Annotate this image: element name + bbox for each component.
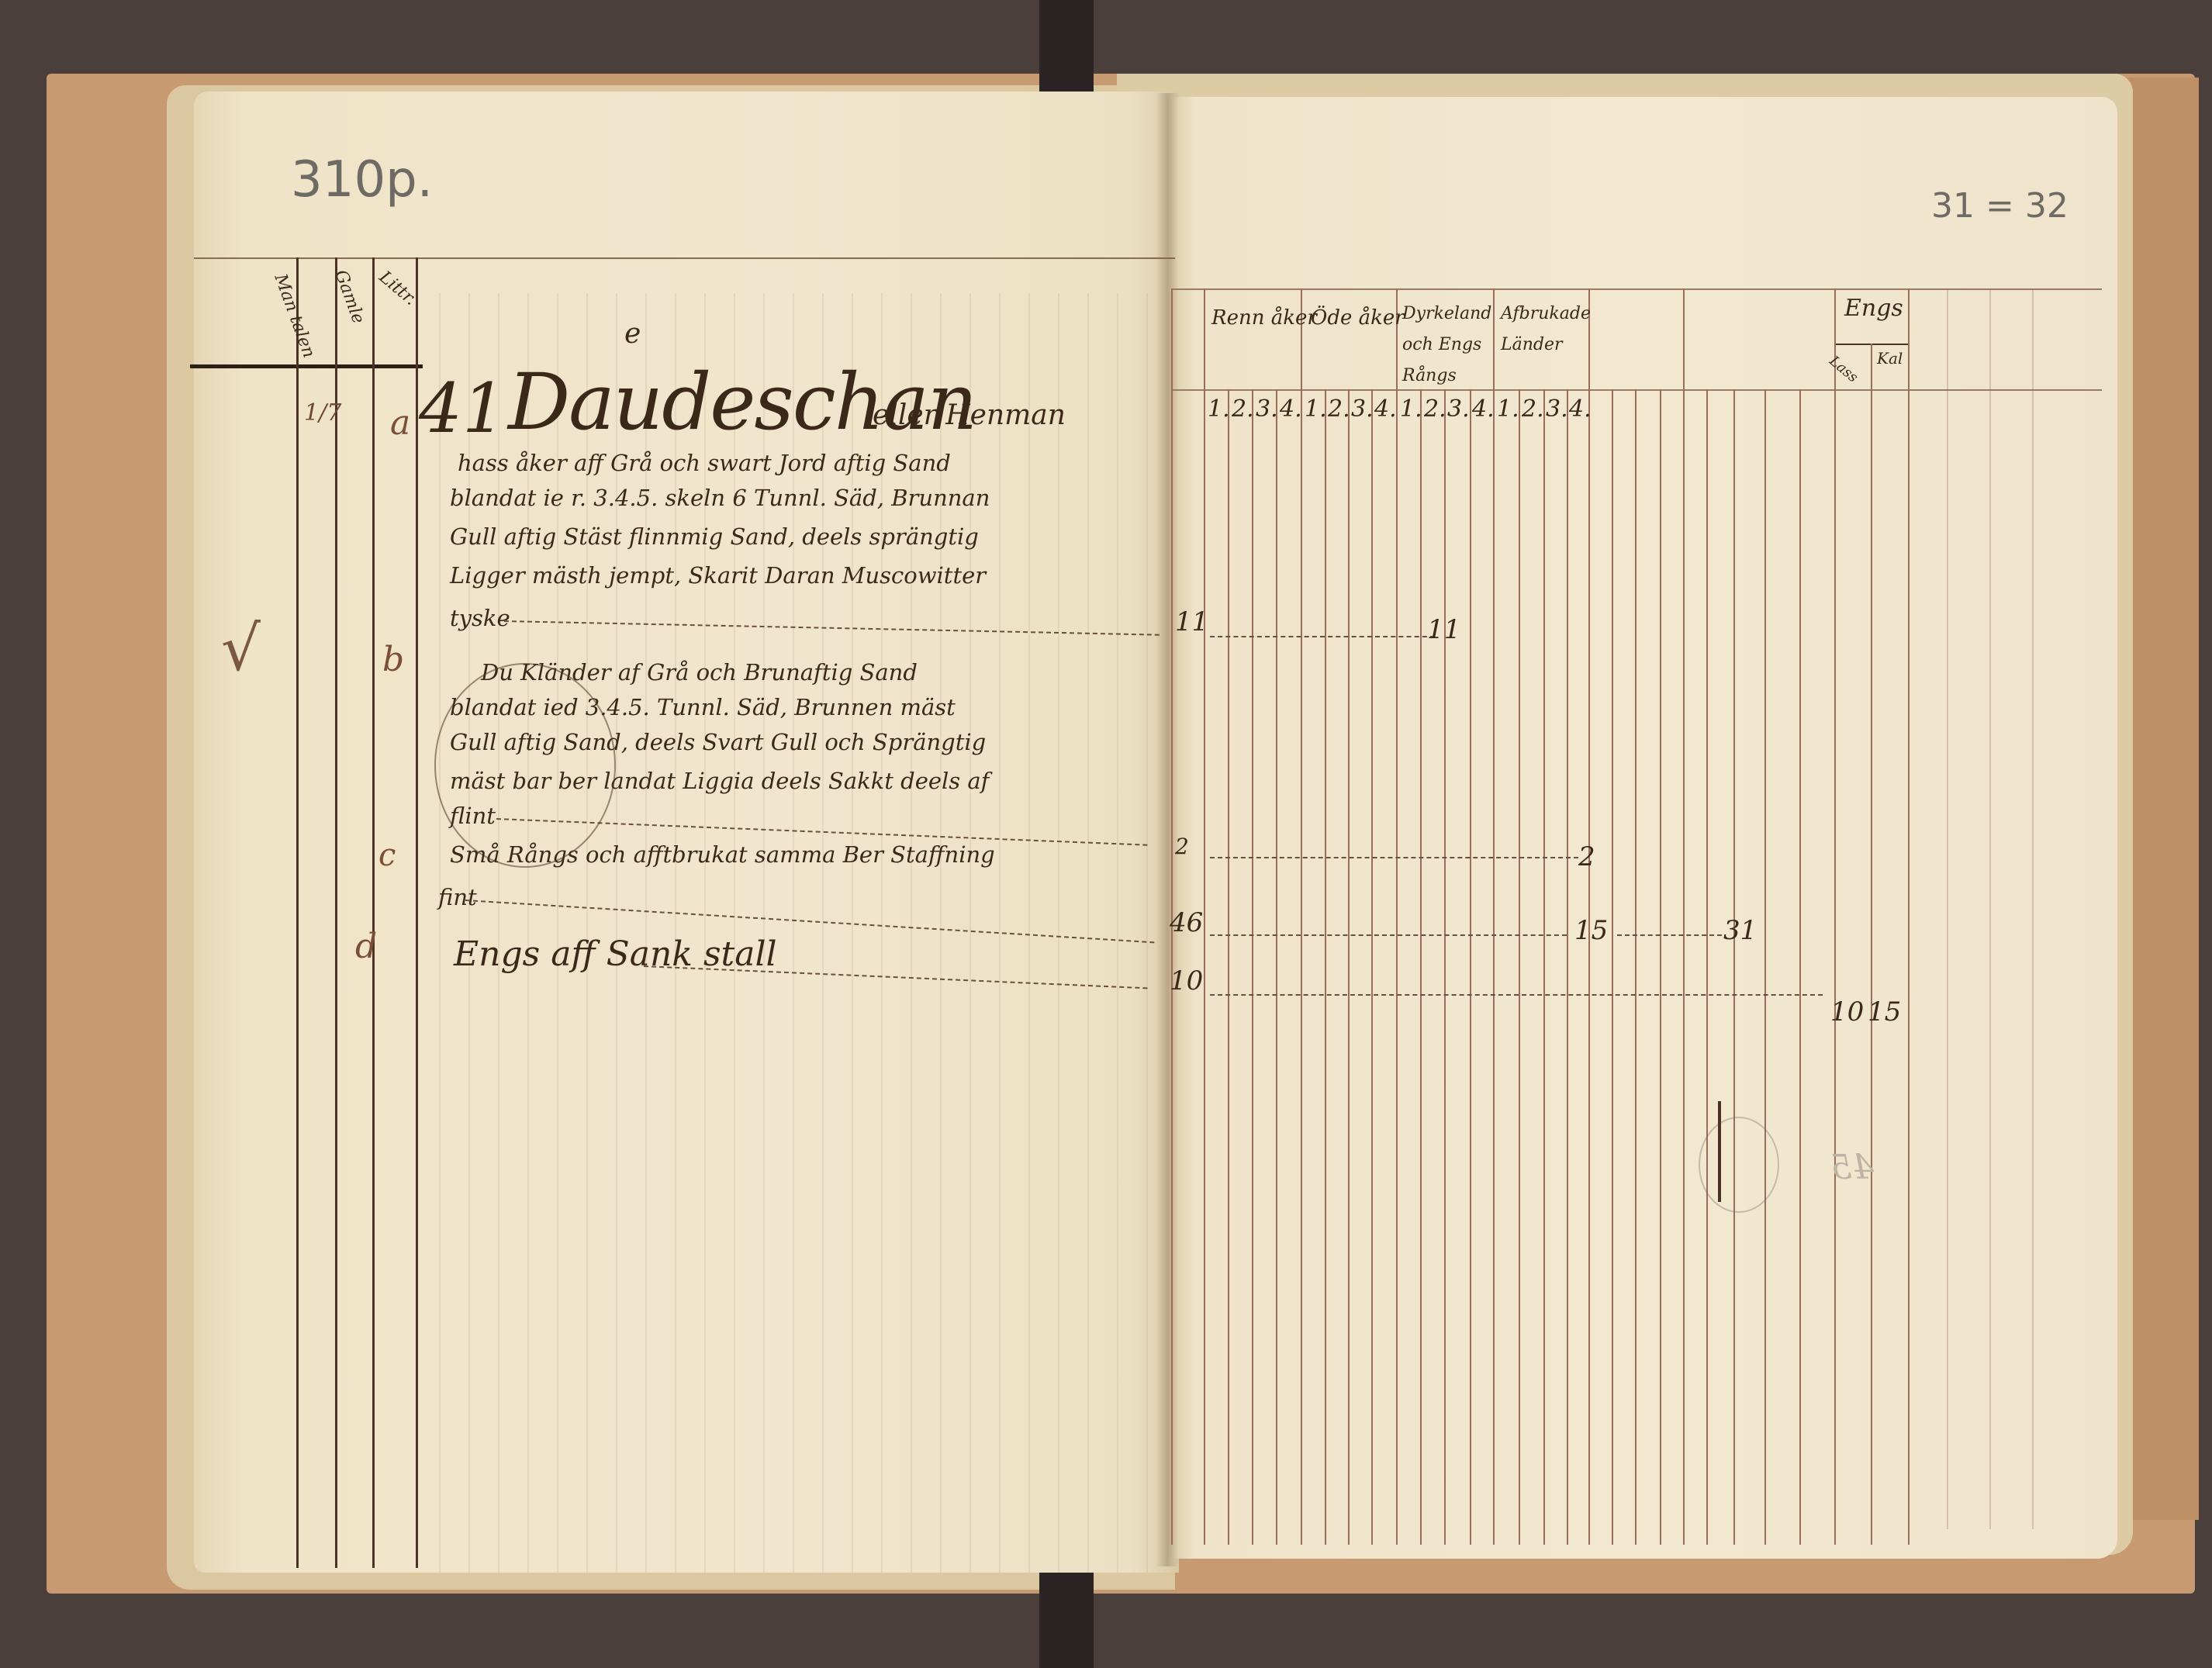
subcol-label: 2.	[1424, 395, 1446, 423]
col-rule	[1371, 389, 1373, 1545]
entry-superscript: e	[624, 318, 641, 350]
col-rule	[1493, 288, 1495, 1545]
subcol-label: 1.	[1400, 395, 1422, 423]
col-header-renn-aker: Renn åker	[1211, 306, 1317, 330]
margin-line-4	[416, 257, 418, 1568]
col-rule	[1301, 288, 1302, 1545]
col-rule	[1764, 389, 1766, 1545]
col-rule	[1519, 389, 1520, 1545]
col-rule	[1420, 389, 1422, 1545]
bleedthrough-circle	[1699, 1117, 1779, 1213]
subcol-label: 4.	[1374, 395, 1397, 423]
col-rule	[1635, 389, 1637, 1545]
row-d-value-lass: 10	[1830, 996, 1864, 1027]
section-letter-d: d	[355, 927, 377, 966]
col-rule-faint	[1989, 288, 1991, 1529]
col-subheader-kal: Kal	[1877, 349, 1903, 368]
subcol-label: 4.	[1472, 395, 1495, 423]
col-header-afbrukade: Afbrukade Länder	[1501, 299, 1586, 361]
subcol-label: 1.	[1497, 395, 1519, 423]
margin-line-1	[296, 257, 299, 1568]
leader-dashes	[1210, 994, 1823, 996]
row-d-total: 10	[1170, 965, 1203, 996]
section-a-line: blandat ie r. 3.4.5. skeln 6 Tunnl. Säd,…	[450, 485, 990, 511]
subcol-label: 1.	[1305, 395, 1327, 423]
col-rule	[1799, 389, 1801, 1545]
col-rule	[1228, 389, 1229, 1545]
col-rule	[1706, 389, 1708, 1545]
gutter-shadow	[1156, 93, 1179, 1566]
margin-line-3	[372, 257, 375, 1568]
row-d-value-kal: 15	[1868, 996, 1901, 1027]
section-a-line: Ligger mästh jempt, Skarit Daran Muscowi…	[450, 562, 986, 589]
check-mark-icon: √	[221, 613, 261, 685]
col-rule	[1396, 288, 1398, 1545]
col-rule	[1871, 344, 1872, 1545]
section-c-line: Små Rångs och afftbrukat samma Ber Staff…	[450, 841, 995, 868]
row-a-total: 11	[1175, 606, 1208, 637]
section-letter-b: b	[382, 640, 404, 679]
col-rule	[1683, 288, 1685, 1545]
leader-dashes	[1210, 857, 1578, 858]
col-header-engs: Engs	[1844, 295, 1903, 322]
pencil-folio-right: 31 = 32	[1931, 186, 2069, 226]
col-rule	[1612, 389, 1613, 1545]
leader-dashes	[1210, 636, 1435, 637]
subcol-label: 3.	[1546, 395, 1568, 423]
row-c-total: 2	[1175, 834, 1189, 859]
header-rule	[194, 257, 1175, 259]
subcol-label: 2.	[1328, 395, 1350, 423]
leader-dashes	[1210, 934, 1567, 936]
col-rule	[1252, 389, 1253, 1545]
col-rule	[1470, 389, 1471, 1545]
section-c-line: fint	[438, 884, 477, 910]
section-a-line: tyske	[450, 605, 510, 631]
margin-line-2	[335, 257, 337, 1568]
subcol-label: 4.	[1280, 395, 1302, 423]
circled-annotation	[434, 663, 616, 868]
row-c2-total: 46	[1170, 907, 1203, 938]
col-rule-faint	[1947, 288, 1948, 1529]
col-rule	[1204, 288, 1205, 1545]
right-header-rule-bottom	[1171, 389, 2102, 391]
col-rule	[1444, 389, 1446, 1545]
entry-number: 41	[419, 368, 506, 448]
section-letter-a: a	[390, 403, 410, 443]
col-header-ode-aker: Öde åker	[1311, 306, 1405, 330]
section-a-line: hass åker aff Grå och swart Jord aftig S…	[458, 450, 951, 476]
col-rule-faint	[2032, 288, 2034, 1529]
subcol-label: 1.	[1208, 395, 1230, 423]
left-page	[194, 92, 1179, 1573]
subcol-label: 4.	[1569, 395, 1592, 423]
row-a-value: 11	[1427, 614, 1460, 645]
subcol-label: 2.	[1232, 395, 1254, 423]
ink-stroke	[1718, 1101, 1721, 1202]
header-bottom-rule	[190, 364, 423, 368]
col-header-dyrkeland: Dyrkeland och Engs Rångs	[1402, 299, 1491, 392]
subcol-label: 2.	[1522, 395, 1544, 423]
section-a-line: Gull aftig Stäst flinnmig Sand, deels sp…	[450, 523, 979, 550]
pencil-folio-left: 310p.	[291, 151, 433, 209]
col-rule	[1276, 389, 1277, 1545]
col-rule	[1660, 389, 1661, 1545]
col-rule	[1325, 389, 1326, 1545]
section-d-line: Engs aff Sank stall	[454, 934, 777, 974]
col-rule	[1908, 288, 1910, 1545]
bleedthrough-number: 45	[1830, 1148, 1874, 1187]
col-rule	[1543, 389, 1545, 1545]
row-c2-value-2: 31	[1723, 915, 1757, 946]
row-c-value: 2	[1578, 841, 1595, 872]
margin-fraction: 1/7	[304, 399, 341, 426]
col-rule	[1834, 288, 1836, 1545]
subcol-label: 3.	[1256, 395, 1278, 423]
subcol-label: 3.	[1351, 395, 1374, 423]
right-header-rule-top	[1171, 288, 2102, 290]
col-rule	[1567, 389, 1568, 1545]
col-rule	[1733, 389, 1735, 1545]
entry-name-suffix: eller Henman	[873, 399, 1066, 431]
col-rule	[1348, 389, 1350, 1545]
subcol-label: 3.	[1447, 395, 1470, 423]
row-c2-value-1: 15	[1574, 915, 1608, 946]
section-letter-c: c	[378, 837, 396, 873]
leader-dashes	[1617, 934, 1722, 936]
